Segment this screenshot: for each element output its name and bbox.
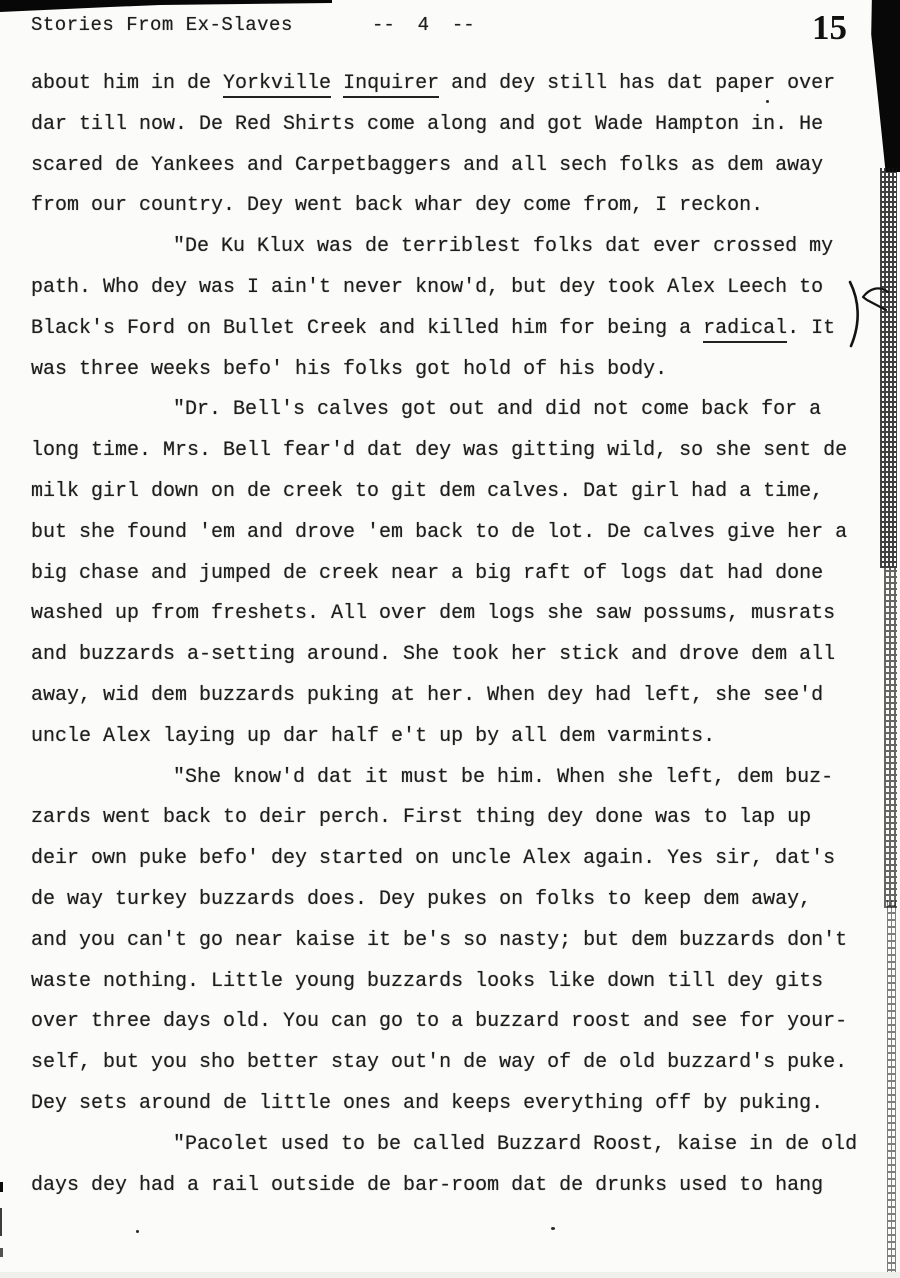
- text-line: self, but you sho better stay out'n de w…: [31, 1043, 876, 1084]
- text-line: and you can't go near kaise it be's so n…: [31, 921, 876, 962]
- handwritten-margin-mark: [834, 276, 896, 354]
- text-line: away, wid dem buzzards puking at her. Wh…: [31, 676, 876, 717]
- text-line: about him in de Yorkville Inquirer and d…: [31, 64, 876, 105]
- typed-page-marker: -- 4 --: [372, 14, 475, 36]
- text-line: over three days old. You can go to a buz…: [31, 1002, 876, 1043]
- text-line: zards went back to deir perch. First thi…: [31, 798, 876, 839]
- text-line: dar till now. De Red Shirts come along a…: [31, 105, 876, 146]
- text-line: Black's Ford on Bullet Creek and killed …: [31, 309, 876, 350]
- page-number: 15: [812, 8, 847, 48]
- text-line: big chase and jumped de creek near a big…: [31, 554, 876, 595]
- text-line: was three weeks befo' his folks got hold…: [31, 350, 876, 391]
- scan-speck: [551, 1227, 555, 1230]
- scan-artifact-right-edge: [884, 568, 897, 908]
- text-line: "Pacolet used to be called Buzzard Roost…: [31, 1125, 876, 1166]
- text-line: waste nothing. Little young buzzards loo…: [31, 962, 876, 1003]
- text-line: "De Ku Klux was de terriblest folks dat …: [31, 227, 876, 268]
- text-line: days dey had a rail outside de bar-room …: [31, 1166, 876, 1207]
- scan-artifact-left-edge: [0, 1182, 3, 1192]
- scan-artifact-right-edge: [887, 900, 896, 1278]
- text-line: path. Who dey was I ain't never know'd, …: [31, 268, 876, 309]
- scanned-page: Stories From Ex-Slaves -- 4 -- 15 about …: [0, 0, 900, 1278]
- text-line: milk girl down on de creek to git dem ca…: [31, 472, 876, 513]
- text-line: from our country. Dey went back whar dey…: [31, 186, 876, 227]
- text-line: washed up from freshets. All over dem lo…: [31, 594, 876, 635]
- text-line: scared de Yankees and Carpetbaggers and …: [31, 146, 876, 187]
- document-title: Stories From Ex-Slaves: [31, 14, 293, 36]
- scan-artifact-left-edge: [0, 1208, 2, 1236]
- text-line: uncle Alex laying up dar half e't up by …: [31, 717, 876, 758]
- scan-speck: [136, 1230, 139, 1233]
- scan-artifact-top-edge: [0, 0, 332, 12]
- text-line: "Dr. Bell's calves got out and did not c…: [31, 390, 876, 431]
- text-line: Dey sets around de little ones and keeps…: [31, 1084, 876, 1125]
- text-line: de way turkey buzzards does. Dey pukes o…: [31, 880, 876, 921]
- text-line: deir own puke befo' dey started on uncle…: [31, 839, 876, 880]
- scan-artifact-left-edge: [0, 1248, 3, 1257]
- text-line: long time. Mrs. Bell fear'd dat dey was …: [31, 431, 876, 472]
- text-line: and buzzards a-setting around. She took …: [31, 635, 876, 676]
- document-body: about him in de Yorkville Inquirer and d…: [31, 64, 876, 1206]
- text-line: but she found 'em and drove 'em back to …: [31, 513, 876, 554]
- scan-artifact-bottom-edge: [0, 1272, 900, 1278]
- scan-artifact-right-edge: [880, 168, 897, 568]
- text-line: "She know'd dat it must be him. When she…: [31, 758, 876, 799]
